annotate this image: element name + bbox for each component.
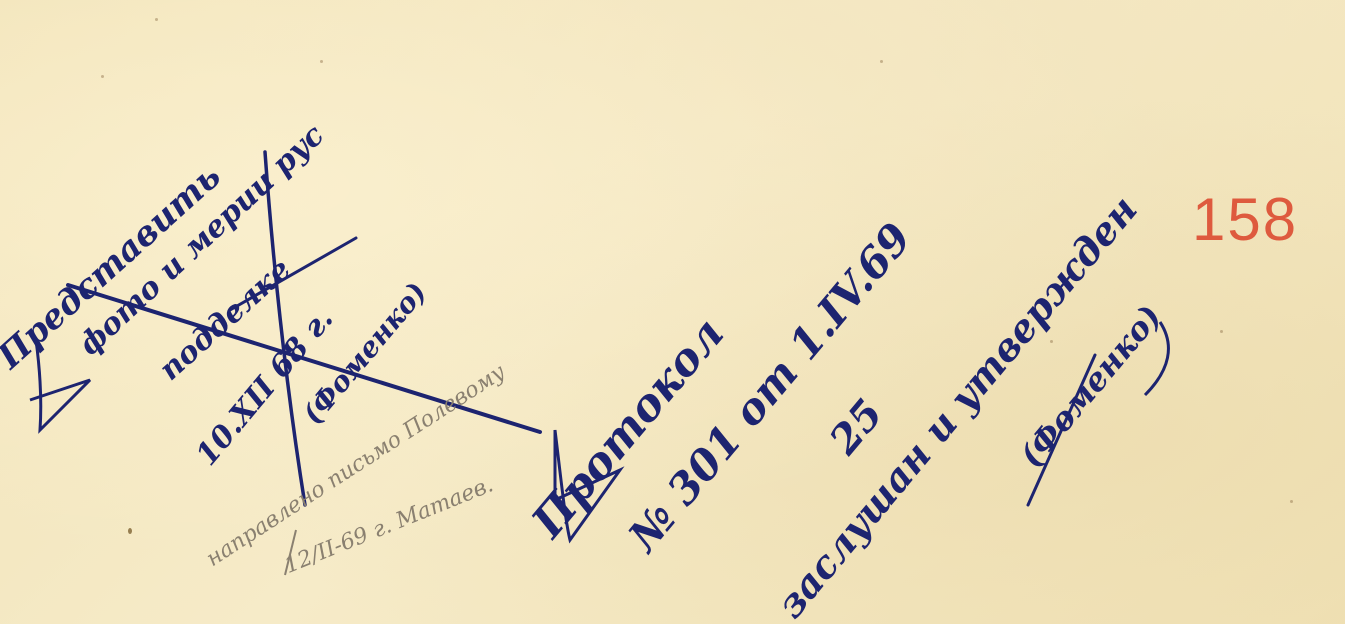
page-number: 158 [1192,188,1298,251]
